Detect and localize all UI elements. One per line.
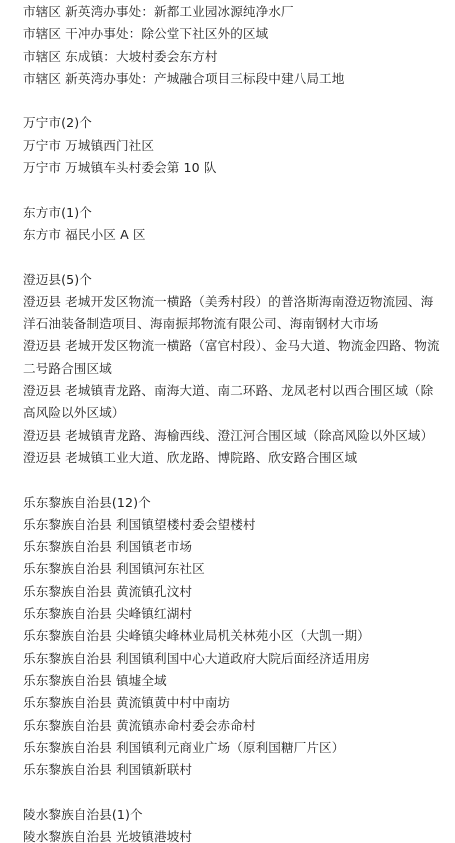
spacer bbox=[23, 246, 445, 268]
section-chengmai: 澄迈县(5)个 澄迈县 老城开发区物流一横路（美秀村段）的普洛斯海南澄迈物流园、… bbox=[23, 269, 445, 470]
list-item: 澄迈县 老城开发区物流一横路（美秀村段）的普洛斯海南澄迈物流园、海洋石油装备制造… bbox=[23, 291, 445, 336]
list-item: 澄迈县 老城镇工业大道、欣龙路、博院路、欣安路合围区域 bbox=[23, 447, 445, 469]
list-item: 万宁市 万城镇车头村委会第 10 队 bbox=[23, 157, 445, 179]
list-item: 乐东黎族自治县 尖峰镇尖峰林业局机关林苑小区（大凯一期） bbox=[23, 625, 445, 647]
section-heading: 东方市(1)个 bbox=[23, 202, 445, 224]
section-wanning: 万宁市(2)个 万宁市 万城镇西门社区 万宁市 万城镇车头村委会第 10 队 bbox=[23, 112, 445, 179]
spacer bbox=[23, 469, 445, 491]
list-item: 市辖区 新英湾办事处：新都工业园冰源纯净水厂 bbox=[23, 1, 445, 23]
list-item: 乐东黎族自治县 尖峰镇红湖村 bbox=[23, 603, 445, 625]
list-item: 澄迈县 老城开发区物流一横路（富官村段）、金马大道、物流金四路、物流二号路合围区… bbox=[23, 335, 445, 380]
list-item: 乐东黎族自治县 利国镇河东社区 bbox=[23, 558, 445, 580]
section-lingshui: 陵水黎族自治县(1)个 陵水黎族自治县 光坡镇港坡村 bbox=[23, 804, 445, 843]
section-heading: 万宁市(2)个 bbox=[23, 112, 445, 134]
list-item: 乐东黎族自治县 利国镇老市场 bbox=[23, 536, 445, 558]
section-heading: 陵水黎族自治县(1)个 bbox=[23, 804, 445, 826]
list-item: 市辖区 干冲办事处：除公堂下社区外的区域 bbox=[23, 23, 445, 45]
list-item: 澄迈县 老城镇青龙路、南海大道、南二环路、龙凤老村以西合围区域（除高风险以外区域… bbox=[23, 380, 445, 425]
list-item: 乐东黎族自治县 利国镇望楼村委会望楼村 bbox=[23, 514, 445, 536]
list-item: 市辖区 东成镇：大坡村委会东方村 bbox=[23, 46, 445, 68]
list-item: 乐东黎族自治县 黄流镇孔汶村 bbox=[23, 581, 445, 603]
list-item: 陵水黎族自治县 光坡镇港坡村 bbox=[23, 826, 445, 843]
spacer bbox=[23, 90, 445, 112]
section-city-districts: 市辖区 新英湾办事处：新都工业园冰源纯净水厂 市辖区 干冲办事处：除公堂下社区外… bbox=[23, 1, 445, 90]
section-heading: 澄迈县(5)个 bbox=[23, 269, 445, 291]
section-ledong: 乐东黎族自治县(12)个 乐东黎族自治县 利国镇望楼村委会望楼村 乐东黎族自治县… bbox=[23, 492, 445, 782]
section-dongfang: 东方市(1)个 东方市 福民小区 A 区 bbox=[23, 202, 445, 247]
list-item: 乐东黎族自治县 镇墟全域 bbox=[23, 670, 445, 692]
spacer bbox=[23, 179, 445, 201]
list-item: 乐东黎族自治县 利国镇利元商业广场（原利国糖厂片区） bbox=[23, 737, 445, 759]
list-item: 乐东黎族自治县 黄流镇黄中村中南坊 bbox=[23, 692, 445, 714]
list-item: 市辖区 新英湾办事处：产城融合项目三标段中建八局工地 bbox=[23, 68, 445, 90]
list-item: 东方市 福民小区 A 区 bbox=[23, 224, 445, 246]
spacer bbox=[23, 781, 445, 803]
list-item: 乐东黎族自治县 黄流镇赤命村委会赤命村 bbox=[23, 715, 445, 737]
list-item: 澄迈县 老城镇青龙路、海榆西线、澄江河合围区域（除高风险以外区域） bbox=[23, 425, 445, 447]
list-item: 万宁市 万城镇西门社区 bbox=[23, 135, 445, 157]
document-body: 市辖区 新英湾办事处：新都工业园冰源纯净水厂 市辖区 干冲办事处：除公堂下社区外… bbox=[0, 1, 455, 843]
list-item: 乐东黎族自治县 利国镇利国中心大道政府大院后面经济适用房 bbox=[23, 648, 445, 670]
section-heading: 乐东黎族自治县(12)个 bbox=[23, 492, 445, 514]
list-item: 乐东黎族自治县 利国镇新联村 bbox=[23, 759, 445, 781]
